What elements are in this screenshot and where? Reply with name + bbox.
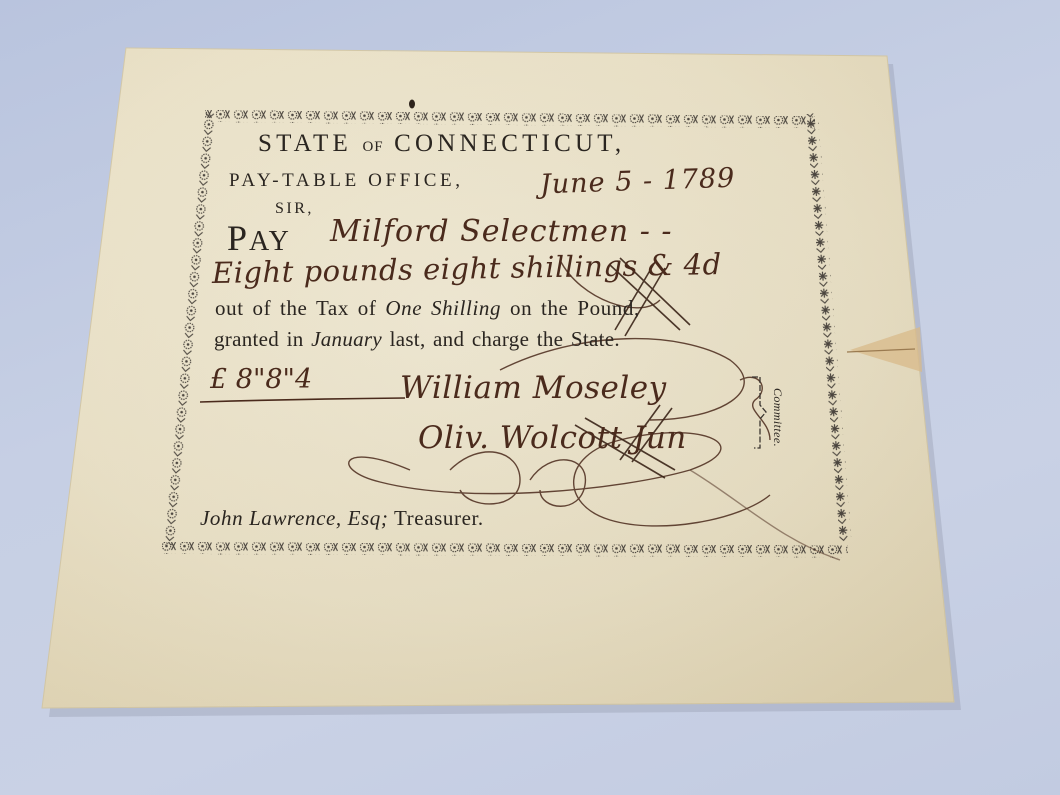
granted-text-b: last, and charge the State. — [382, 327, 620, 351]
treasurer-name: John Lawrence, Esq; — [200, 506, 389, 530]
tax-text-italic: One Shilling — [385, 296, 501, 320]
salutation: SIR, — [275, 200, 314, 218]
title-of: OF — [362, 139, 383, 155]
treasurer-role: Treasurer. — [389, 506, 484, 530]
title-state: STATE — [258, 130, 352, 157]
committee-label: Committee. — [770, 388, 785, 447]
printed-line-tax: out of the Tax of One Shilling on the Po… — [215, 296, 640, 321]
tax-text-b: on the Pound, — [501, 296, 640, 320]
handwritten-amount-figures: £ 8"8"4 — [210, 364, 312, 395]
office-heading: PAY-TABLE OFFICE, — [229, 170, 464, 192]
title-connecticut: CONNECTICUT, — [394, 130, 625, 157]
pay-rest: AY — [249, 226, 291, 257]
pay-label: PAY — [227, 217, 291, 259]
state-title: STATE OF CONNECTICUT, — [258, 130, 625, 158]
tax-text-a: out of the Tax of — [215, 296, 385, 320]
printed-line-granted: granted in January last, and charge the … — [214, 327, 620, 352]
signature-wolcott: Oliv. Wolcott Jun — [418, 420, 687, 456]
pay-initial: P — [227, 218, 249, 258]
signature-moseley: William Moseley — [400, 370, 667, 406]
document-sheet: STATE OF CONNECTICUT, PAY-TABLE OFFICE, … — [0, 0, 1060, 795]
granted-text-a: granted in — [214, 327, 311, 351]
handwritten-payee: Milford Selectmen - - — [330, 214, 673, 249]
treasurer-line: John Lawrence, Esq; Treasurer. — [200, 506, 484, 531]
granted-text-italic: January — [311, 327, 382, 351]
